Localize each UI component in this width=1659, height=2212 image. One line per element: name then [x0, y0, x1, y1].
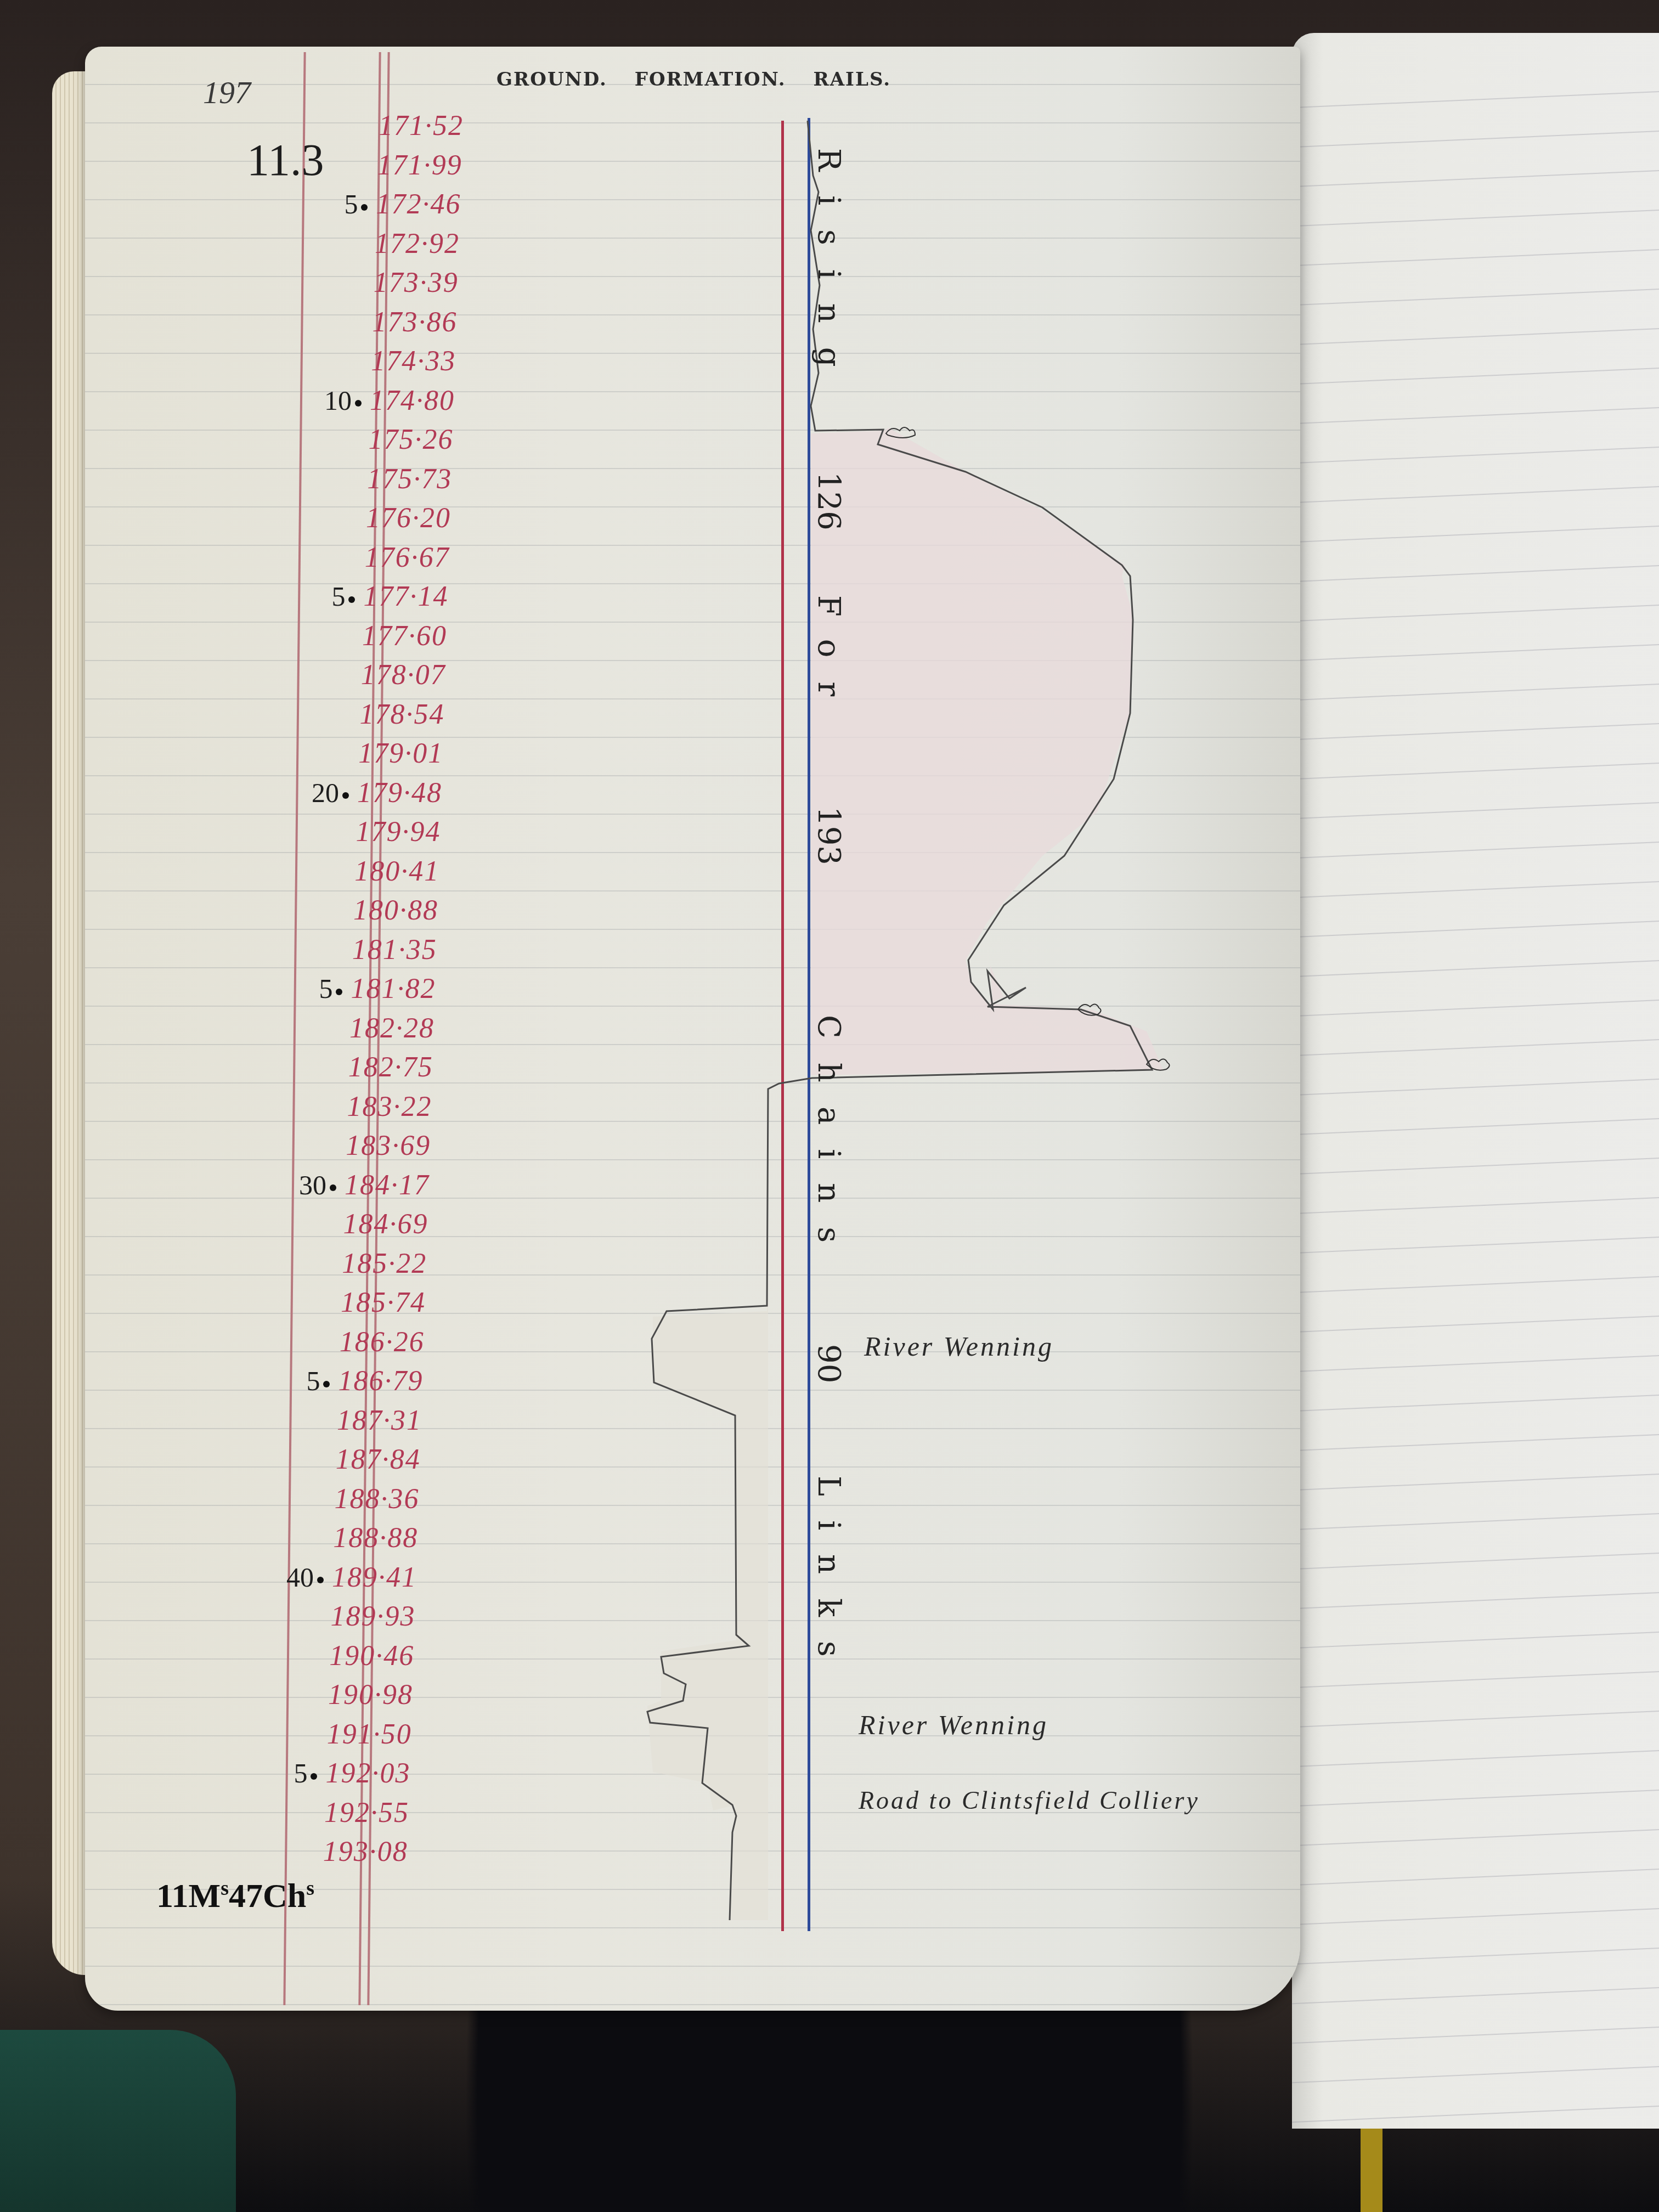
- annotation-river-wenning-2: River Wenning: [859, 1709, 1048, 1741]
- ground-fill-embankment: [647, 1086, 768, 1920]
- gradient-label-rising: Rising: [811, 148, 847, 391]
- gradient-label-chains: Chains: [811, 1015, 847, 1267]
- gradient-number-2: 193: [811, 806, 847, 865]
- annotation-river-wenning-1: River Wenning: [864, 1330, 1054, 1362]
- ground-fill-cutting: [811, 428, 1163, 1075]
- annotation-road-colliery: Road to Clintsfield Colliery: [859, 1786, 1200, 1815]
- gradient-label-for: For: [811, 595, 847, 720]
- gradient-label-links: Links: [811, 1476, 847, 1681]
- gradient-number-1: 126: [811, 472, 847, 531]
- gradient-number-3: 90: [811, 1344, 847, 1383]
